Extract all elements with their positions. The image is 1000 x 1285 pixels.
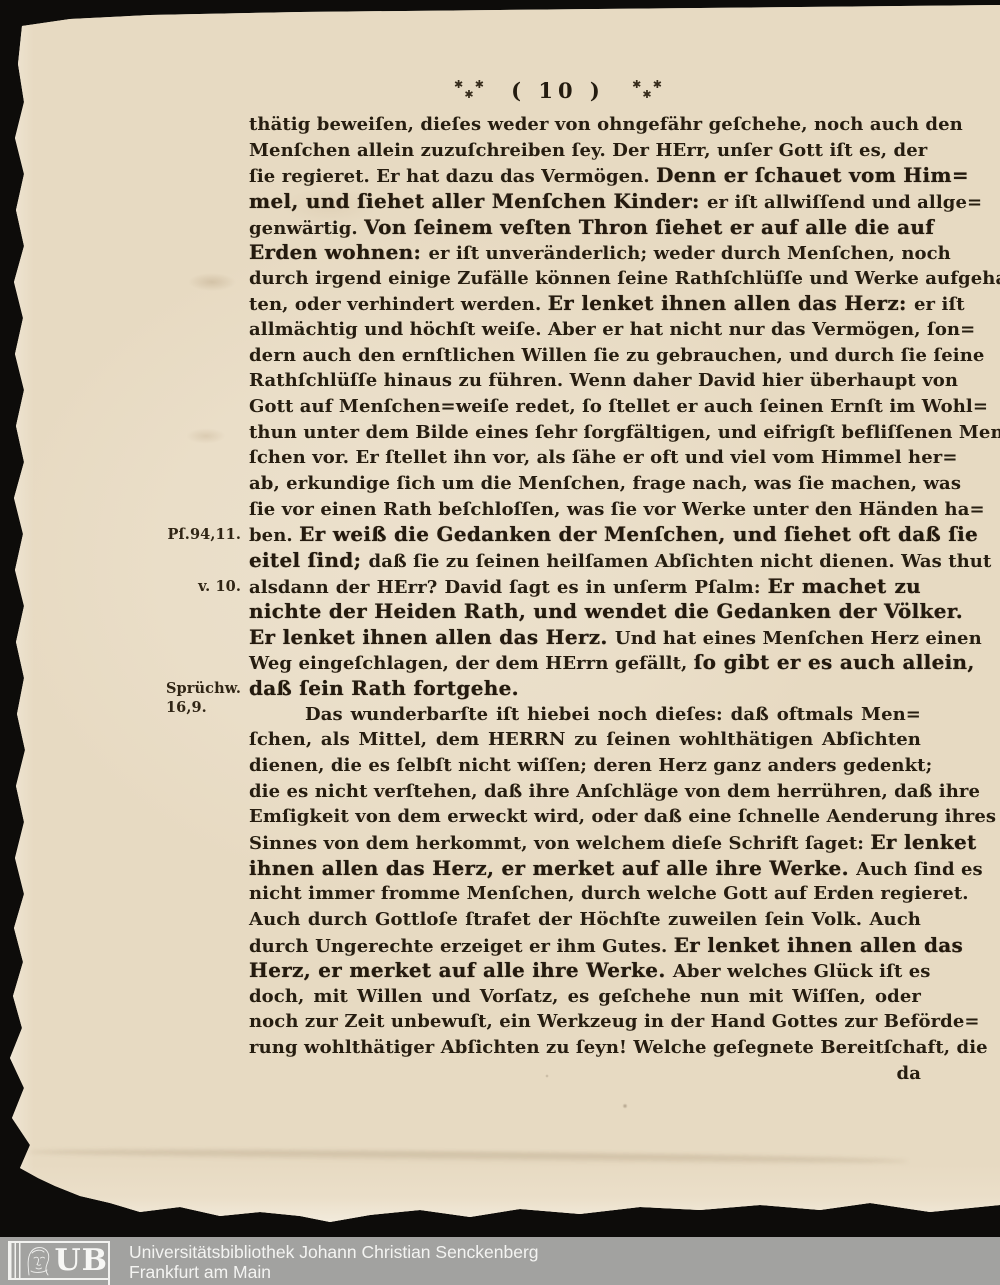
body-text: da — [897, 1063, 921, 1084]
text-line: Gott auf Menſchen=weiſe redet, ſo ſtelle… — [249, 394, 921, 420]
text-line: ab, erkundige ſich um die Menſchen, frag… — [249, 471, 921, 497]
emphasized-text: Von ſeinem veſten Thron ſiehet er auf al… — [364, 215, 934, 239]
body-text: doch, mit Willen und Vorſatz, es geſcheh… — [249, 986, 921, 1007]
text-line: nichte der Heiden Rath, und wendet die G… — [249, 599, 921, 625]
body-text: ſchen vor. Er ſtellet ihn vor, als ſähe … — [249, 447, 958, 468]
emphasized-text: Er machet zu — [768, 574, 921, 598]
text-line: Das wunderbarſte iſt hiebei noch dieſes:… — [249, 702, 921, 728]
text-line: genwärtig. Von ſeinem veſten Thron ſiehe… — [249, 215, 921, 241]
emphasized-text: ſo gibt er es auch allein, — [694, 650, 975, 674]
body-text: er iſt — [914, 294, 965, 315]
ornament-row: ✱ — [638, 90, 655, 100]
text-line: da — [249, 1061, 921, 1087]
text-line: ten, oder verhindert werden. Er lenket i… — [249, 291, 921, 317]
emphasized-text: daß ſein Rath fortgehe. — [249, 676, 519, 700]
ornament-row: ✱ — [460, 90, 477, 100]
emphasized-text: nichte der Heiden Rath, und wendet die G… — [249, 599, 963, 623]
body-text: Auch ſind es — [856, 859, 983, 880]
text-line: Herz, er merket auf alle ihre Werke. Abe… — [249, 958, 921, 984]
emphasized-text: Erden wohnen: — [249, 240, 428, 264]
text-line: rung wohlthätiger Abſichten zu ſeyn! Wel… — [249, 1035, 921, 1061]
emphasized-text: mel, und ſiehet aller Menſchen Kinder: — [249, 189, 707, 213]
book-spine-lines-icon — [10, 1243, 22, 1278]
text-line: Erden wohnen: er iſt unveränderlich; wed… — [249, 240, 921, 266]
emphasized-text: Er lenket ihnen allen das — [674, 933, 963, 957]
text-line: eitel ſind; daß ſie zu ſeinen heilſamen … — [249, 548, 921, 574]
text-line: daß ſein Rath fortgehe.Sprüchw.16,9. — [249, 676, 921, 702]
text-line: ben. Er weiß die Gedanken der Menſchen, … — [249, 522, 921, 548]
text-line: ſchen vor. Er ſtellet ihn vor, als ſähe … — [249, 445, 921, 471]
body-text: noch zur Zeit unbewuſt, ein Werkzeug in … — [249, 1011, 980, 1032]
body-text: Auch durch Gottloſe ſtrafet der Höchſte … — [249, 909, 921, 930]
body-text: er iſt allwiſſend und allge= — [707, 192, 982, 213]
text-line: durch irgend einige Zufälle können ſeine… — [249, 266, 921, 292]
text-block: thätig beweiſen, dieſes weder von ohngef… — [249, 112, 921, 1086]
emphasized-text: Er weiß die Gedanken der Menſchen, und ſ… — [299, 522, 978, 546]
library-city: Frankfurt am Main — [129, 1262, 539, 1282]
text-line: die es nicht verſtehen, daß ihre Anſchlä… — [249, 779, 921, 805]
text-line: dienen, die es ſelbſt nicht wiſſen; dere… — [249, 753, 921, 779]
text-line: nicht immer fromme Menſchen, durch welch… — [249, 881, 921, 907]
body-text: Emſigkeit von dem erweckt wird, oder daß… — [249, 806, 996, 827]
body-text: er iſt unveränderlich; weder durch Menſc… — [428, 243, 950, 264]
margin-note: Pſ.94,11. — [167, 525, 241, 544]
body-text: Menſchen allein zuzuſchreiben ſey. Der H… — [249, 140, 927, 161]
text-line: mel, und ſiehet aller Menſchen Kinder: e… — [249, 189, 921, 215]
text-line: Menſchen allein zuzuſchreiben ſey. Der H… — [249, 138, 921, 164]
text-line: Rathſchlüſſe hinaus zu führen. Wenn dahe… — [249, 368, 921, 394]
text-line: ſie vor einen Rath beſchloſſen, was ſie … — [249, 497, 921, 523]
emphasized-text: Herz, er merket auf alle ihre Werke. — [249, 958, 673, 982]
margin-note: Sprüchw.16,9. — [166, 679, 241, 717]
body-text: ſie vor einen Rath beſchloſſen, was ſie … — [249, 499, 985, 520]
page-header: ✱ ✱ ✱ ( 10 ) ✱ ✱ ✱ — [450, 70, 666, 110]
text-line: allmächtig und höchſt weiſe. Aber er hat… — [249, 317, 921, 343]
text-line: ihnen allen das Herz, er merket auf alle… — [249, 856, 921, 882]
body-text: Gott auf Menſchen=weiſe redet, ſo ſtelle… — [249, 396, 988, 417]
body-text: Und hat eines Menſchen Herz einen — [615, 628, 982, 649]
scanned-page: ✱ ✱ ✱ ( 10 ) ✱ ✱ ✱ thätig beweiſen, dieſ… — [0, 0, 1000, 1224]
text-line: thätig beweiſen, dieſes weder von ohngef… — [249, 112, 921, 138]
body-text: Das wunderbarſte iſt hiebei noch dieſes:… — [305, 704, 921, 725]
body-text: rung wohlthätiger Abſichten zu ſeyn! Wel… — [249, 1037, 988, 1058]
body-text: thun unter dem Bilde eines ſehr ſorgfält… — [249, 422, 1000, 443]
body-text: nicht immer fromme Menſchen, durch welch… — [249, 883, 969, 904]
text-line: Weg eingeſchlagen, der dem HErrn gefällt… — [249, 650, 921, 676]
text-line: Emſigkeit von dem erweckt wird, oder daß… — [249, 804, 921, 830]
body-text: ben. — [249, 525, 299, 546]
text-line: alsdann der HErr? David ſagt es in unſer… — [249, 574, 921, 600]
asterism-ornament-left: ✱ ✱ ✱ — [450, 80, 488, 100]
text-line: doch, mit Willen und Vorſatz, es geſcheh… — [249, 984, 921, 1010]
asterism-ornament-right: ✱ ✱ ✱ — [628, 80, 666, 100]
body-text: daß ſie zu ſeinen heilſamen Abſichten ni… — [369, 551, 992, 572]
emphasized-text: eitel ſind; — [249, 548, 369, 572]
emphasized-text: Denn er ſchauet vom Him= — [656, 163, 969, 187]
page-number: ( 10 ) — [511, 78, 605, 103]
body-text: Weg eingeſchlagen, der dem HErrn gefällt… — [249, 653, 694, 674]
emphasized-text: Er lenket ihnen allen das Herz: — [548, 291, 914, 315]
body-text: dienen, die es ſelbſt nicht wiſſen; dere… — [249, 755, 932, 776]
body-text: Aber welches Glück iſt es — [673, 961, 931, 982]
body-text: allmächtig und höchſt weiſe. Aber er hat… — [249, 319, 975, 340]
body-text: Rathſchlüſſe hinaus zu führen. Wenn dahe… — [249, 370, 958, 391]
body-text: die es nicht verſtehen, daß ihre Anſchlä… — [249, 781, 980, 802]
body-text: ab, erkundige ſich um die Menſchen, frag… — [249, 473, 961, 494]
text-line: thun unter dem Bilde eines ſehr ſorgfält… — [249, 420, 921, 446]
text-line: dern auch den ernſtlichen Willen ſie zu … — [249, 343, 921, 369]
margin-note: v. 10. — [198, 577, 241, 596]
body-text: alsdann der HErr? David ſagt es in unſer… — [249, 577, 768, 598]
text-line: Sinnes von dem herkommt, von welchem die… — [249, 830, 921, 856]
paper-crease — [28, 1147, 908, 1165]
emphasized-text: Er lenket — [870, 830, 976, 854]
goethe-portrait-icon — [23, 1244, 53, 1277]
body-text: thätig beweiſen, dieſes weder von ohngef… — [249, 114, 963, 135]
library-footer-banner: UB Universitätsbibliothek Johann Christi… — [0, 1237, 1000, 1285]
body-text: durch irgend einige Zufälle können ſeine… — [249, 268, 1000, 289]
body-text: ſie regieret. Er hat dazu das Vermögen. — [249, 166, 656, 187]
text-line: durch Ungerechte erzeiget er ihm Gutes. … — [249, 933, 921, 959]
body-text: dern auch den ernſtlichen Willen ſie zu … — [249, 345, 984, 366]
ub-logo-text: UB — [54, 1246, 108, 1276]
body-text: Sinnes von dem herkommt, von welchem die… — [249, 833, 870, 854]
body-text: ten, oder verhindert werden. — [249, 294, 548, 315]
ub-logo: UB — [8, 1241, 110, 1280]
text-line: noch zur Zeit unbewuſt, ein Werkzeug in … — [249, 1009, 921, 1035]
footer-text: Universitätsbibliothek Johann Christian … — [129, 1242, 539, 1282]
emphasized-text: ihnen allen das Herz, er merket auf alle… — [249, 856, 856, 880]
text-line: Er lenket ihnen allen das Herz. Und hat … — [249, 625, 921, 651]
emphasized-text: Er lenket ihnen allen das Herz. — [249, 625, 615, 649]
library-name: Universitätsbibliothek Johann Christian … — [129, 1242, 539, 1262]
body-text: durch Ungerechte erzeiget er ihm Gutes. — [249, 936, 674, 957]
text-line: Auch durch Gottloſe ſtrafet der Höchſte … — [249, 907, 921, 933]
text-line: ſchen, als Mittel, dem HERRN zu ſeinen w… — [249, 727, 921, 753]
text-line: ſie regieret. Er hat dazu das Vermögen. … — [249, 163, 921, 189]
body-text: genwärtig. — [249, 218, 364, 239]
body-text: ſchen, als Mittel, dem HERRN zu ſeinen w… — [249, 729, 921, 750]
